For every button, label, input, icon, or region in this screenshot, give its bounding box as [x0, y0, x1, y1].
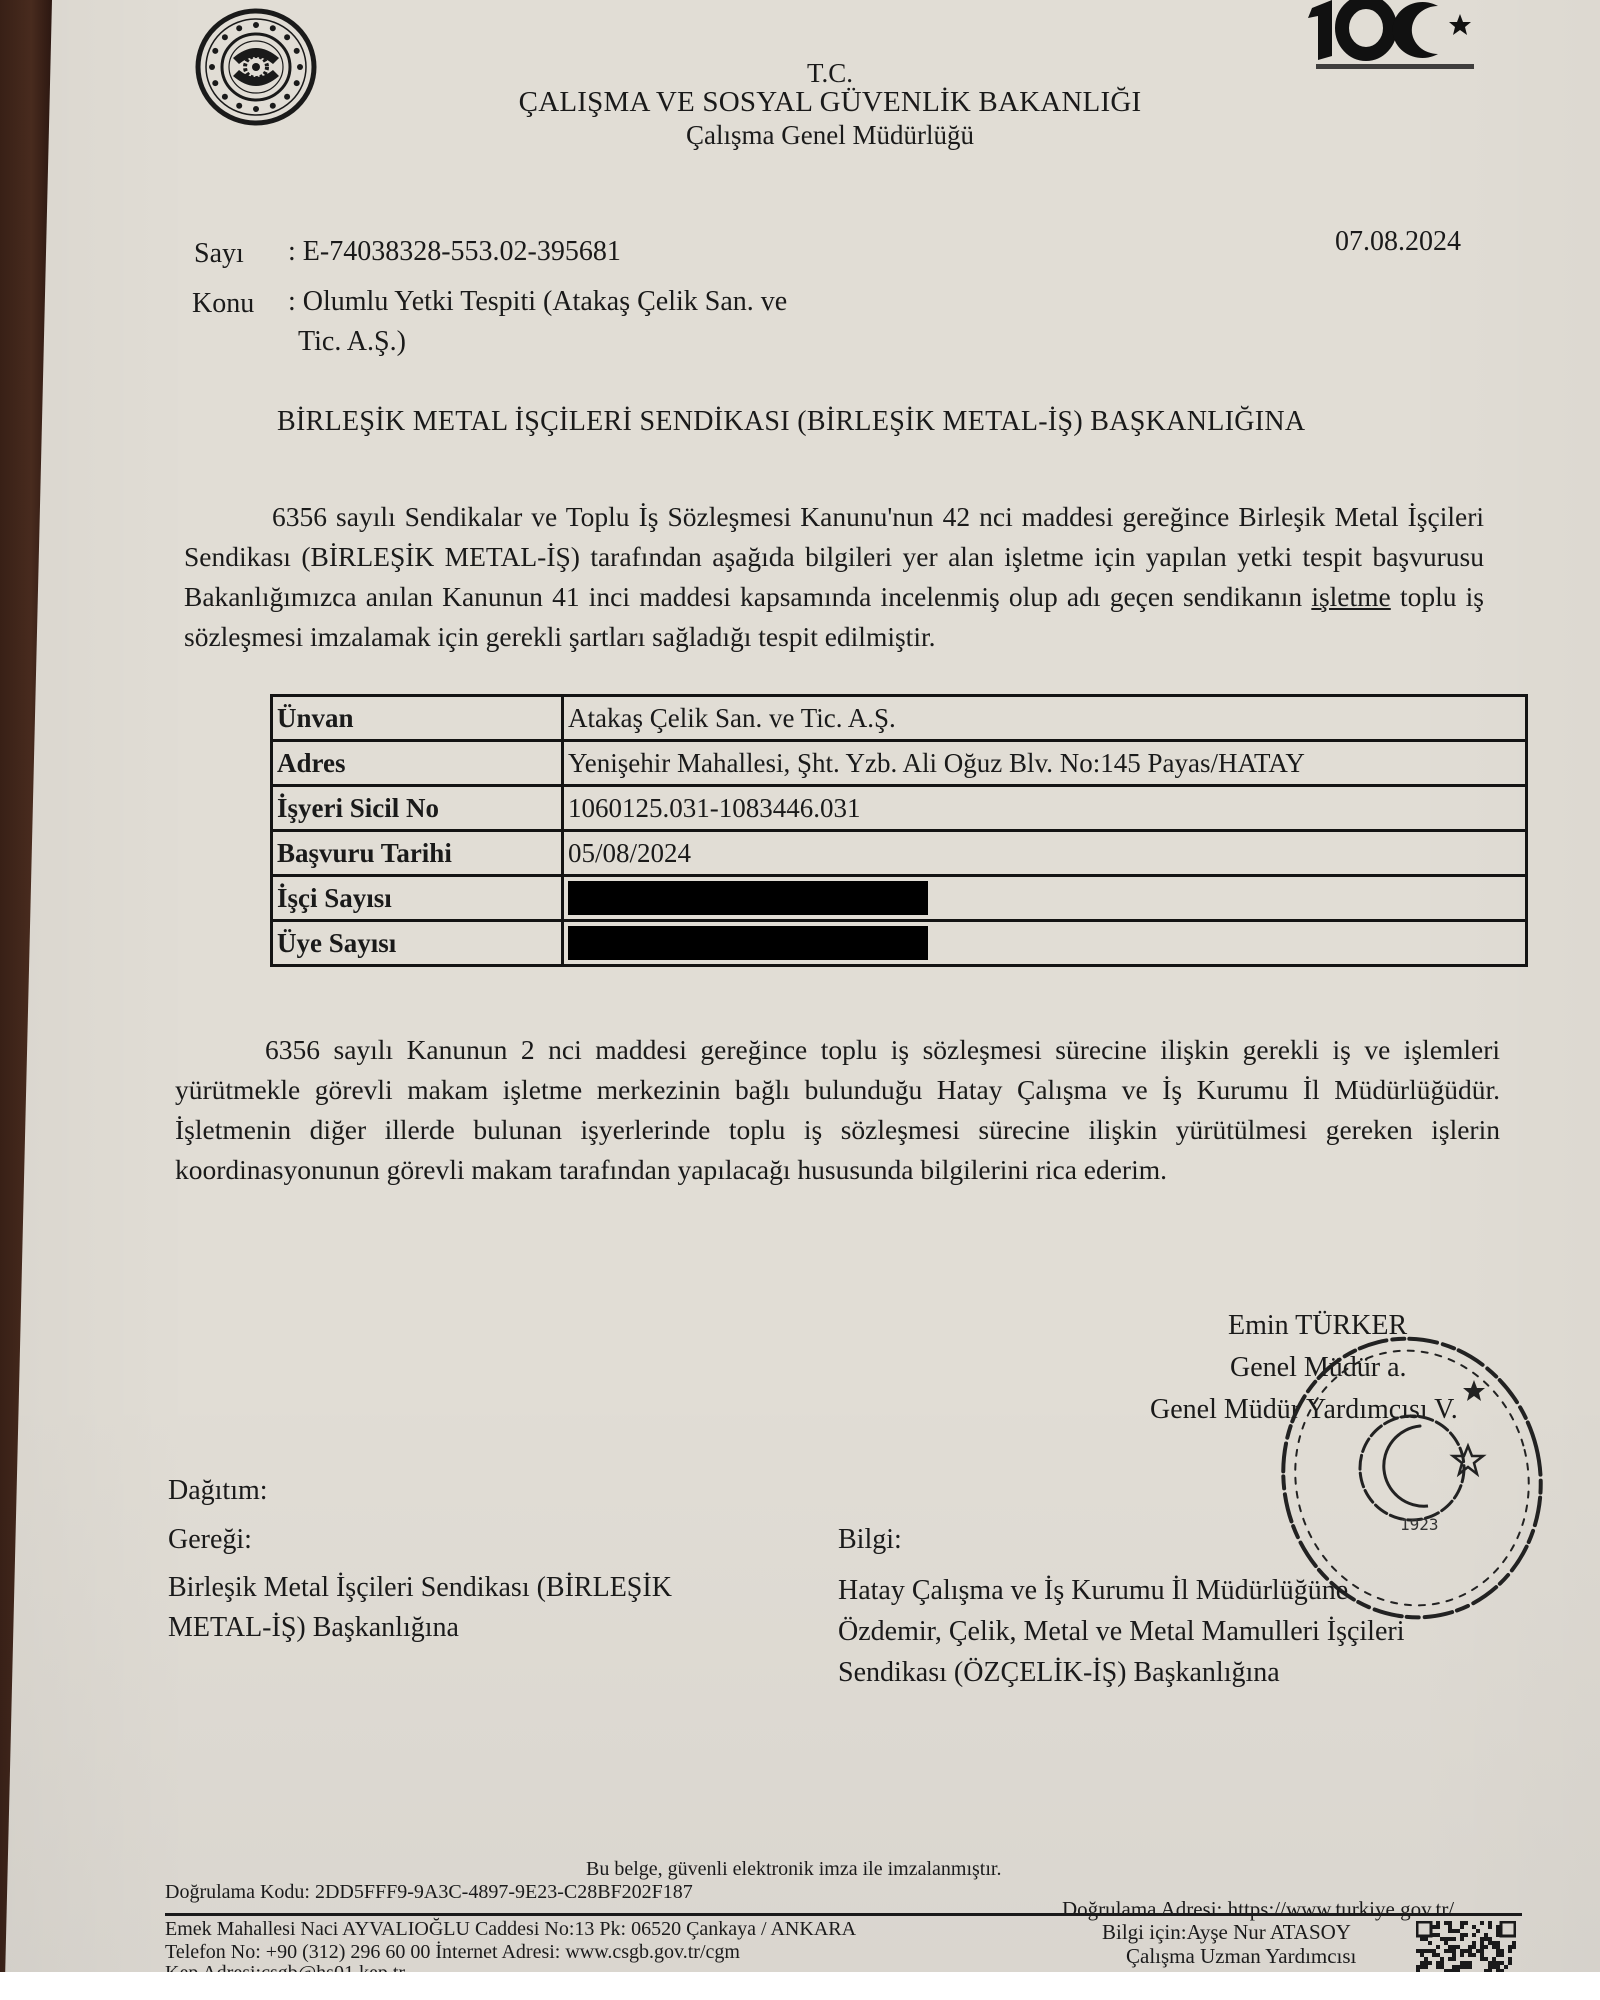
- table-row: AdresYenişehir Mahallesi, Şht. Yzb. Ali …: [272, 741, 1527, 786]
- ministry-name: ÇALIŞMA VE SOSYAL GÜVENLİK BAKANLIĞI: [480, 86, 1180, 119]
- underlined-term: işletme: [1311, 581, 1390, 612]
- info-recipient-2-cont: Sendikası (ÖZÇELİK-İŞ) Başkanlığına: [838, 1657, 1280, 1689]
- qr-code-icon: [1416, 1921, 1516, 1972]
- document-date: 07.08.2024: [1335, 226, 1461, 258]
- redaction-bar: [568, 881, 928, 915]
- row-label: İşyeri Sicil No: [272, 786, 563, 831]
- addressee: BİRLEŞİK METAL İŞÇİLERİ SENDİKASI (BİRLE…: [277, 406, 1305, 438]
- desk-edge: [0, 0, 52, 1972]
- header-tc: T.C.: [480, 58, 1180, 89]
- body-paragraph-2: 6356 sayılı Kanunun 2 nci maddesi gereği…: [175, 1030, 1500, 1190]
- table-row: Başvuru Tarihi05/08/2024: [272, 831, 1527, 876]
- info-recipient-2: Özdemir, Çelik, Metal ve Metal Mamulleri…: [838, 1616, 1404, 1648]
- distribution-title: Dağıtım:: [168, 1475, 268, 1507]
- konu-value: : Olumlu Yetki Tespiti (Atakaş Çelik San…: [288, 286, 787, 318]
- row-label: Üye Sayısı: [272, 921, 563, 966]
- ministry-contact: Telefon No: +90 (312) 296 60 00 İnternet…: [165, 1941, 740, 1964]
- kep-address: Kep Adresi:csgb@hs01.kep.tr: [165, 1962, 405, 1972]
- row-value: 05/08/2024: [563, 831, 1527, 876]
- footer-divider: [165, 1913, 1522, 1916]
- action-recipient-cont: METAL-İŞ) Başkanlığına: [168, 1612, 459, 1644]
- directorate-name: Çalışma Genel Müdürlüğü: [480, 120, 1180, 151]
- sayi-value: : E-74038328-553.02-395681: [288, 236, 621, 268]
- redacted-value: [563, 876, 1527, 921]
- turkiye-100-logo-icon: [1298, 0, 1488, 78]
- konu-value-cont: Tic. A.Ş.): [298, 326, 406, 358]
- table-row: İşçi Sayısı: [272, 876, 1527, 921]
- info-contact: Bilgi için:Ayşe Nur ATASOY: [1102, 1920, 1351, 1945]
- row-value: 1060125.031-1083446.031: [563, 786, 1527, 831]
- row-value: Atakaş Çelik San. ve Tic. A.Ş.: [563, 696, 1527, 741]
- info-label: Bilgi:: [838, 1524, 902, 1556]
- workplace-info-table: ÜnvanAtakaş Çelik San. ve Tic. A.Ş.Adres…: [270, 694, 1528, 967]
- redaction-bar: [568, 926, 928, 960]
- konu-label: Konu: [192, 288, 254, 320]
- row-label: İşçi Sayısı: [272, 876, 563, 921]
- info-contact-title: Çalışma Uzman Yardımcısı: [1126, 1944, 1356, 1969]
- row-value: Yenişehir Mahallesi, Şht. Yzb. Ali Oğuz …: [563, 741, 1527, 786]
- row-label: Başvuru Tarihi: [272, 831, 563, 876]
- row-label: Ünvan: [272, 696, 563, 741]
- table-row: Üye Sayısı: [272, 921, 1527, 966]
- redacted-value: [563, 921, 1527, 966]
- verification-address: Doğrulama Adresi: https://www.turkiye.go…: [1062, 1897, 1454, 1922]
- svg-text:1923: 1923: [1400, 1515, 1439, 1534]
- ministry-emblem-icon: [193, 6, 319, 128]
- table-row: ÜnvanAtakaş Çelik San. ve Tic. A.Ş.: [272, 696, 1527, 741]
- row-label: Adres: [272, 741, 563, 786]
- ministry-address: Emek Mahallesi Naci AYVALIOĞLU Caddesi N…: [165, 1918, 856, 1941]
- info-recipient: Hatay Çalışma ve İş Kurumu İl Müdürlüğün…: [838, 1575, 1348, 1607]
- verification-code: Doğrulama Kodu: 2DD5FFF9-9A3C-4897-9E23-…: [165, 1881, 693, 1904]
- sayi-label: Sayı: [194, 238, 244, 270]
- action-recipient: Birleşik Metal İşçileri Sendikası (BİRLE…: [168, 1572, 672, 1604]
- document-photo: T.C. ÇALIŞMA VE SOSYAL GÜVENLİK BAKANLIĞ…: [0, 0, 1600, 1972]
- body-paragraph-1: 6356 sayılı Sendikalar ve Toplu İş Sözle…: [184, 497, 1484, 657]
- table-row: İşyeri Sicil No1060125.031-1083446.031: [272, 786, 1527, 831]
- paragraph-text: 6356 sayılı Sendikalar ve Toplu İş Sözle…: [184, 501, 1484, 612]
- esignature-note: Bu belge, güvenli elektronik imza ile im…: [586, 1858, 1001, 1881]
- action-label: Gereği:: [168, 1524, 252, 1556]
